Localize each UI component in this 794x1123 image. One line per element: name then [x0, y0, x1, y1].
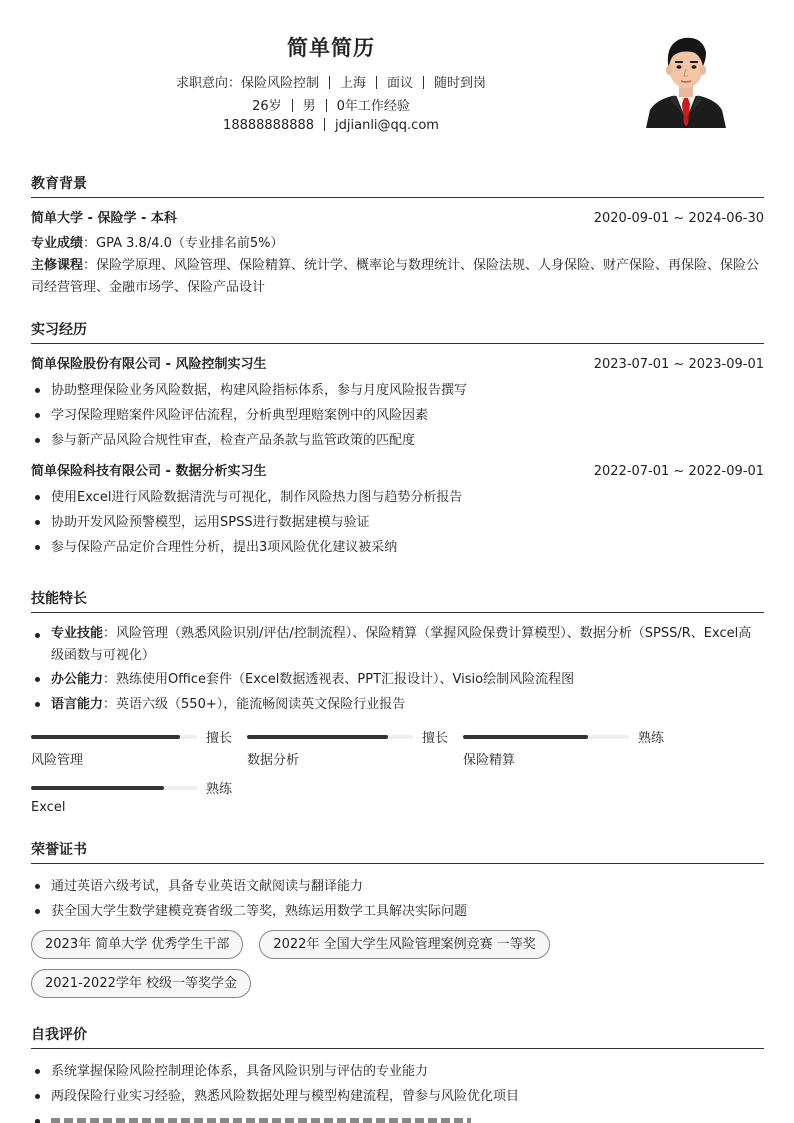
resume-title: 简单简历 — [0, 32, 662, 62]
section-title: 自我评价 — [31, 1024, 764, 1046]
list-item: 两段保险行业实习经验，熟悉风险数据处理与模型构建流程，曾参与风险优化项目 — [31, 1084, 764, 1109]
skill-bar-item: 熟练 保险精算 — [463, 729, 663, 768]
divider — [324, 118, 325, 131]
skill-bar-track — [247, 735, 413, 739]
skill-bars: 擅长 风险管理 擅长 数据分析 熟练 保险精算 — [31, 729, 764, 829]
skills-section: 技能特长 专业技能：风险管理（熟悉风险识别/评估/控制流程）、保险精算（掌握风险… — [31, 588, 764, 829]
company-role: 简单保险科技有限公司 - 数据分析实习生 — [31, 461, 266, 483]
cropped-bullet-dot — [35, 1119, 40, 1123]
contact-line: 18888888888jdjianli@qq.com — [0, 118, 662, 133]
internship-section: 实习经历 简单保险股份有限公司 - 风险控制实习生 2023-07-01 ~ 2… — [31, 319, 764, 560]
colon: ： — [103, 672, 116, 687]
list-item: 语言能力：英语六级（550+），能流畅阅读英文保险行业报告 — [31, 692, 764, 717]
skill-text: 英语六级（550+），能流畅阅读英文保险行业报告 — [116, 697, 405, 712]
list-item: 获全国大学生数学建模竞赛省级二等奖，熟练运用数学工具解决实际问题 — [31, 899, 764, 924]
skill-bar-item: 擅长 风险管理 — [31, 729, 231, 768]
phone: 18888888888 — [223, 118, 314, 133]
list-item: 参与保险产品定价合理性分析，提出3项风险优化建议被采纳 — [31, 535, 764, 560]
section-divider — [31, 1048, 764, 1049]
skill-bar-fill — [31, 786, 164, 790]
colon: ： — [103, 626, 116, 641]
skill-name: 保险精算 — [463, 749, 663, 768]
skill-level: 熟练 — [638, 727, 664, 746]
courses-label: 主修课程 — [31, 258, 83, 273]
avatar — [640, 28, 732, 128]
location: 上海 — [340, 76, 366, 91]
colon: ： — [83, 258, 96, 273]
gpa-value: GPA 3.8/4.0（专业排名前5%） — [96, 236, 283, 251]
skill-text: 风险管理（熟悉风险识别/评估/控制流程）、保险精算（掌握风险保费计算模型）、数据… — [51, 626, 751, 663]
honor-tag: 2022年 全国大学生风险管理案例竞赛 一等奖 — [259, 930, 549, 959]
divider — [423, 76, 424, 89]
skill-bar-track — [31, 786, 197, 790]
job-intent-line: 求职意向：保险风险控制上海面议随时到岗 — [0, 72, 662, 91]
honors-section: 荣誉证书 通过英语六级考试，具备专业英语文献阅读与翻译能力 获全国大学生数学建模… — [31, 839, 764, 998]
list-item: 协助整理保险业务风险数据，构建风险指标体系，参与月度风险报告撰写 — [31, 378, 764, 403]
skill-label: 语言能力 — [51, 697, 103, 712]
internship-bullets: 使用Excel进行风险数据清洗与可视化，制作风险热力图与趋势分析报告 协助开发风… — [31, 485, 764, 560]
list-item: 学习保险理赔案件风险评估流程，分析典型理赔案例中的风险因素 — [31, 403, 764, 428]
email: jdjianli@qq.com — [335, 118, 439, 133]
school-major-degree: 简单大学 - 保险学 - 本科 — [31, 208, 177, 230]
personal-info-line: 26岁男0年工作经验 — [0, 95, 662, 114]
cropped-list-item — [51, 1112, 471, 1123]
education-section: 教育背景 简单大学 - 保险学 - 本科 2020-09-01 ~ 2024-0… — [31, 173, 764, 299]
skill-bar-fill — [463, 735, 588, 739]
section-title: 实习经历 — [31, 319, 764, 341]
job-intent: 求职意向：保险风险控制 — [176, 76, 319, 91]
skill-bar-item: 熟练 Excel — [31, 780, 231, 815]
honors-bullets: 通过英语六级考试，具备专业英语文献阅读与翻译能力 获全国大学生数学建模竞赛省级二… — [31, 874, 764, 924]
education-entry-header: 简单大学 - 保险学 - 本科 2020-09-01 ~ 2024-06-30 — [31, 208, 764, 230]
resume-page: 简单简历 求职意向：保险风险控制上海面议随时到岗 26岁男0年工作经验 1888… — [0, 0, 794, 1123]
skill-label: 专业技能 — [51, 626, 103, 641]
colon: ： — [83, 236, 96, 251]
internship-dates: 2022-07-01 ~ 2022-09-01 — [594, 461, 764, 483]
honor-tags: 2023年 简单大学 优秀学生干部 2022年 全国大学生风险管理案例竞赛 一等… — [31, 930, 764, 998]
skill-name: 风险管理 — [31, 749, 231, 768]
avatar-portrait-icon — [640, 28, 732, 128]
skill-text: 熟练使用Office套件（Excel数据透视表、PPT汇报设计）、Visio绘制… — [116, 672, 574, 687]
gpa-label: 专业成绩 — [31, 236, 83, 251]
experience-years: 0年工作经验 — [337, 99, 410, 114]
skill-name: Excel — [31, 800, 231, 815]
skill-label: 办公能力 — [51, 672, 103, 687]
gender: 男 — [303, 99, 316, 114]
section-divider — [31, 197, 764, 198]
section-title: 荣誉证书 — [31, 839, 764, 861]
list-item: 系统掌握保险风险控制理论体系，具备风险识别与评估的专业能力 — [31, 1059, 764, 1084]
skill-name: 数据分析 — [247, 749, 447, 768]
availability: 随时到岗 — [434, 76, 486, 91]
internship-bullets: 协助整理保险业务风险数据，构建风险指标体系，参与月度风险报告撰写 学习保险理赔案… — [31, 378, 764, 453]
skill-level: 擅长 — [206, 727, 232, 746]
colon: ： — [103, 697, 116, 712]
divider — [292, 99, 293, 112]
age: 26岁 — [252, 99, 282, 114]
skill-bar-track — [463, 735, 629, 739]
internship-entry-header: 简单保险科技有限公司 - 数据分析实习生 2022-07-01 ~ 2022-0… — [31, 461, 764, 483]
internship-dates: 2023-07-01 ~ 2023-09-01 — [594, 354, 764, 376]
gpa-line: 专业成绩：GPA 3.8/4.0（专业排名前5%） — [31, 233, 764, 255]
honor-tag: 2021-2022学年 校级一等奖学金 — [31, 969, 251, 998]
section-divider — [31, 863, 764, 864]
section-title: 技能特长 — [31, 588, 764, 610]
resume-header: 简单简历 求职意向：保险风险控制上海面议随时到岗 26岁男0年工作经验 1888… — [0, 28, 794, 148]
honor-tag: 2023年 简单大学 优秀学生干部 — [31, 930, 243, 959]
list-item: 办公能力：熟练使用Office套件（Excel数据透视表、PPT汇报设计）、Vi… — [31, 667, 764, 692]
divider — [326, 99, 327, 112]
list-item: 协助开发风险预警模型，运用SPSS进行数据建模与验证 — [31, 510, 764, 535]
skill-bar-fill — [247, 735, 388, 739]
list-item: 参与新产品风险合规性审查，检查产品条款与监管政策的匹配度 — [31, 428, 764, 453]
list-item: 通过英语六级考试，具备专业英语文献阅读与翻译能力 — [31, 874, 764, 899]
divider — [329, 76, 330, 89]
divider — [376, 76, 377, 89]
skill-bar-item: 擅长 数据分析 — [247, 729, 447, 768]
company-role: 简单保险股份有限公司 - 风险控制实习生 — [31, 354, 266, 376]
self-evaluation-section: 自我评价 系统掌握保险风险控制理论体系，具备风险识别与评估的专业能力 两段保险行… — [31, 1024, 764, 1109]
section-title: 教育背景 — [31, 173, 764, 195]
skill-bar-track — [31, 735, 197, 739]
courses-value: 保险学原理、风险管理、保险精算、统计学、概率论与数理统计、保险法规、人身保险、财… — [31, 258, 759, 295]
education-dates: 2020-09-01 ~ 2024-06-30 — [594, 208, 764, 230]
salary: 面议 — [387, 76, 413, 91]
courses-line: 主修课程：保险学原理、风险管理、保险精算、统计学、概率论与数理统计、保险法规、人… — [31, 255, 764, 299]
skills-bullets: 专业技能：风险管理（熟悉风险识别/评估/控制流程）、保险精算（掌握风险保费计算模… — [31, 623, 764, 717]
internship-entry-header: 简单保险股份有限公司 - 风险控制实习生 2023-07-01 ~ 2023-0… — [31, 354, 764, 376]
skill-bar-fill — [31, 735, 180, 739]
section-divider — [31, 343, 764, 344]
skill-level: 擅长 — [422, 727, 448, 746]
list-item: 使用Excel进行风险数据清洗与可视化，制作风险热力图与趋势分析报告 — [31, 485, 764, 510]
self-evaluation-bullets: 系统掌握保险风险控制理论体系，具备风险识别与评估的专业能力 两段保险行业实习经验… — [31, 1059, 764, 1109]
section-divider — [31, 612, 764, 613]
list-item: 专业技能：风险管理（熟悉风险识别/评估/控制流程）、保险精算（掌握风险保费计算模… — [31, 623, 764, 667]
skill-level: 熟练 — [206, 778, 232, 797]
